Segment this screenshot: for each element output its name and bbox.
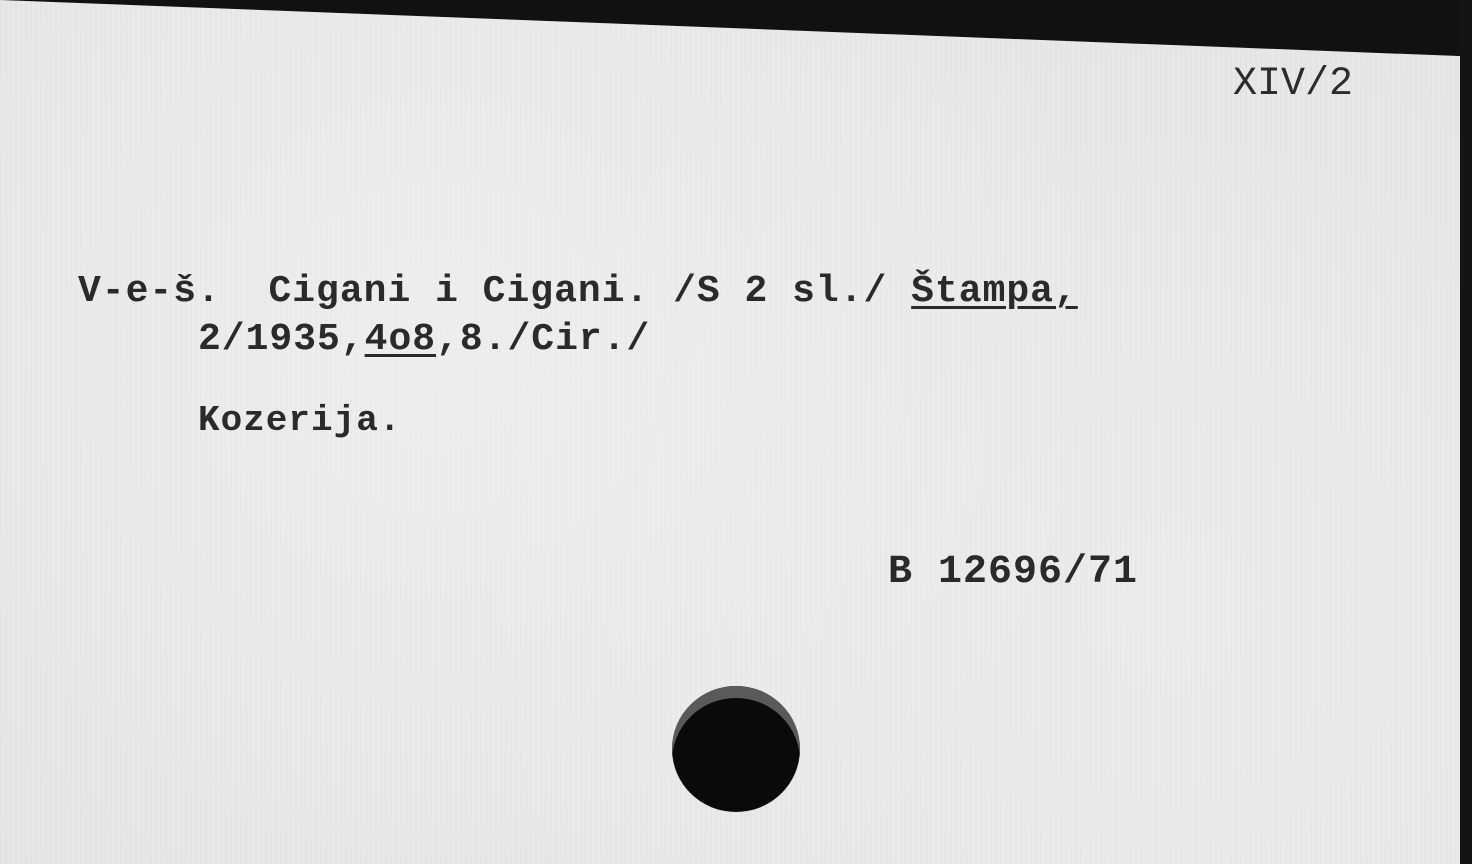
inventory-number: B 12696/71: [888, 550, 1138, 595]
issue: 2/1935,: [198, 318, 365, 361]
genre: Kozerija.: [198, 400, 401, 441]
scan-right-edge: [1460, 0, 1472, 864]
size: ,8.: [436, 318, 507, 361]
source-title: Štampa,: [911, 270, 1078, 313]
pages: 4o8: [365, 318, 436, 361]
author: V-e-š.: [78, 270, 221, 313]
script-bracket: /Cir./: [507, 318, 650, 361]
entry-line-2: 2/1935,4o8,8./Cir./: [198, 318, 650, 361]
entry-line-1: V-e-š. Cigani i Cigani. /S 2 sl./ Štampa…: [78, 270, 1078, 313]
catalog-card: XIV/2 V-e-š. Cigani i Cigani. /S 2 sl./ …: [0, 0, 1462, 864]
title: Cigani i Cigani.: [268, 270, 649, 313]
note-bracket: /S 2 sl./: [673, 270, 887, 313]
punch-hole: [672, 686, 800, 812]
call-number: XIV/2: [1233, 62, 1353, 107]
